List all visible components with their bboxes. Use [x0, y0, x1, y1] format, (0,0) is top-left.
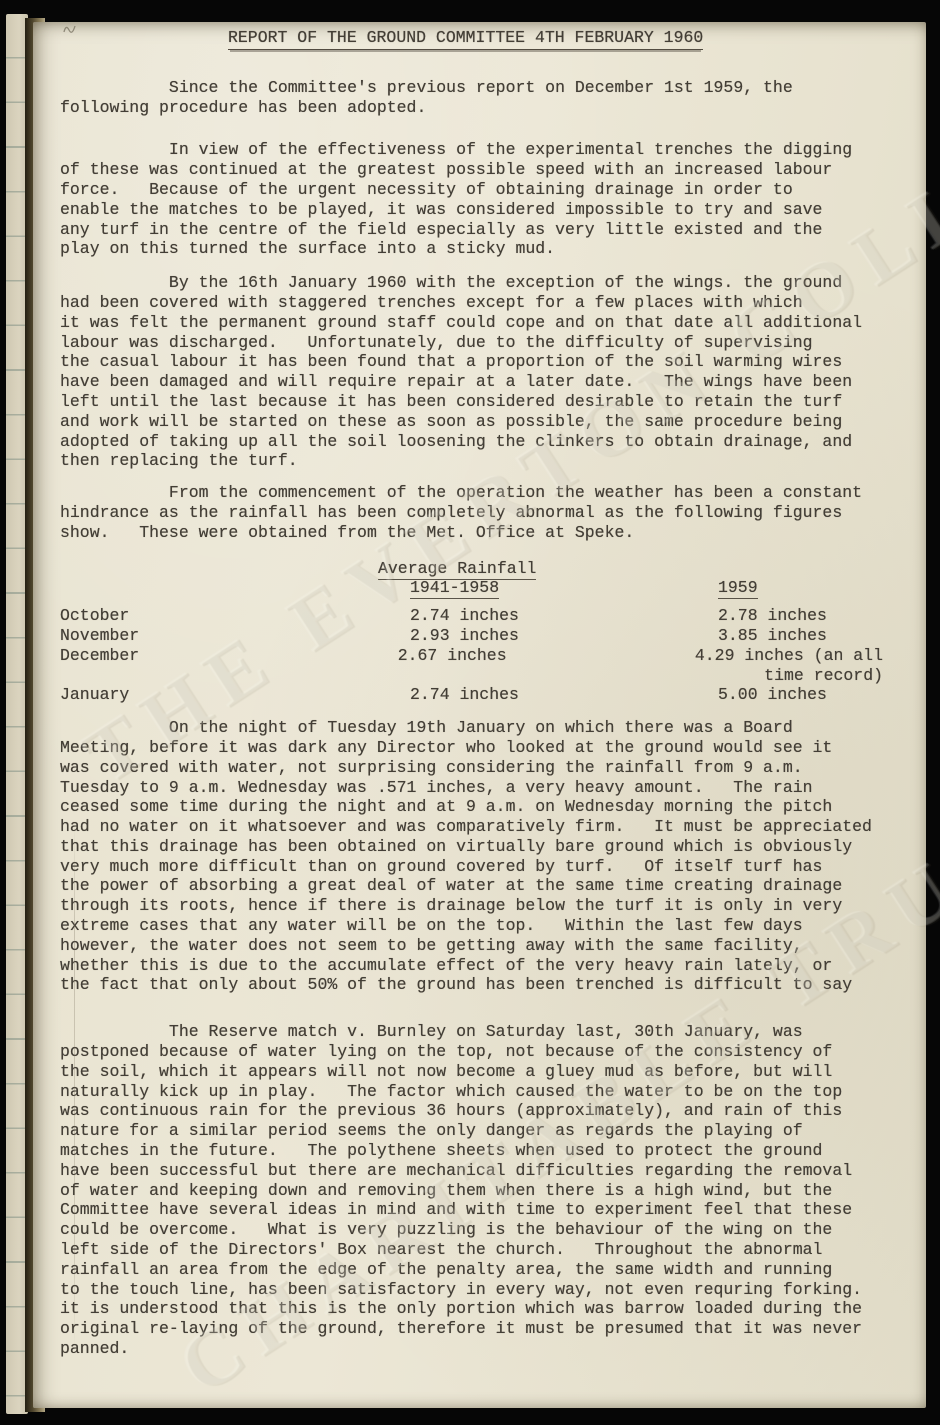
- table-row: November 2.93 inches 3.85 inches: [60, 626, 883, 646]
- scan-background: THE EVERTON COLLECTION CHARITABLE TRUST …: [0, 0, 940, 1425]
- report-title: REPORT OF THE GROUND COMMITTEE 4TH FEBRU…: [228, 28, 883, 48]
- year-1959-cell: 2.78 inches: [718, 606, 827, 626]
- document-page: THE EVERTON COLLECTION CHARITABLE TRUST …: [33, 22, 926, 1408]
- year-1959-cell: 3.85 inches: [718, 626, 827, 646]
- paper-crease: [74, 822, 75, 1352]
- month-cell: December: [60, 646, 398, 666]
- month-cell: [60, 666, 408, 686]
- period-header-cell: 1941-1958: [410, 578, 718, 598]
- year-1959-cell: 4.29 inches (an all: [695, 646, 883, 666]
- paragraph-intro: Since the Committee's previous report on…: [60, 78, 883, 118]
- table-row-continuation: time record): [60, 666, 883, 686]
- year-header: 1959: [718, 578, 758, 599]
- month-cell: November: [60, 626, 410, 646]
- rainfall-table-header-row: 1941-1958 1959: [60, 578, 883, 598]
- table-row: December 2.67 inches 4.29 inches (an all: [60, 646, 883, 666]
- rainfall-table-heading-text: Average Rainfall: [378, 559, 536, 580]
- rainfall-table-rows: October 2.74 inches 2.78 inches November…: [60, 606, 883, 705]
- paragraph-reserve-match: The Reserve match v. Burnley on Saturday…: [60, 1022, 883, 1359]
- average-cell: 2.74 inches: [410, 685, 718, 705]
- year-1959-cell: 5.00 inches: [718, 685, 827, 705]
- table-row: January 2.74 inches 5.00 inches: [60, 685, 883, 705]
- month-cell: October: [60, 606, 410, 626]
- year-1959-cell: time record): [715, 666, 883, 686]
- month-column-spacer: [60, 578, 410, 598]
- average-cell: [408, 666, 714, 686]
- average-cell: 2.93 inches: [410, 626, 718, 646]
- average-cell: 2.74 inches: [410, 606, 718, 626]
- paragraph-weather: From the commencement of the operation t…: [60, 483, 883, 542]
- period-header: 1941-1958: [410, 578, 499, 599]
- paragraph-january-progress: By the 16th January 1960 with the except…: [60, 273, 883, 471]
- report-title-text: REPORT OF THE GROUND COMMITTEE 4TH FEBRU…: [228, 28, 703, 50]
- rainfall-table: Average Rainfall 1941-1958 1959 October …: [60, 559, 883, 706]
- average-cell: 2.67 inches: [398, 646, 695, 666]
- paragraph-board-meeting: On the night of Tuesday 19th January on …: [60, 718, 883, 995]
- pencil-mark: [61, 22, 77, 36]
- table-row: October 2.74 inches 2.78 inches: [60, 606, 883, 626]
- month-cell: January: [60, 685, 410, 705]
- rainfall-table-heading: Average Rainfall: [378, 559, 883, 579]
- year-header-cell: 1959: [718, 578, 758, 598]
- paragraph-trenches: In view of the effectiveness of the expe…: [60, 140, 883, 259]
